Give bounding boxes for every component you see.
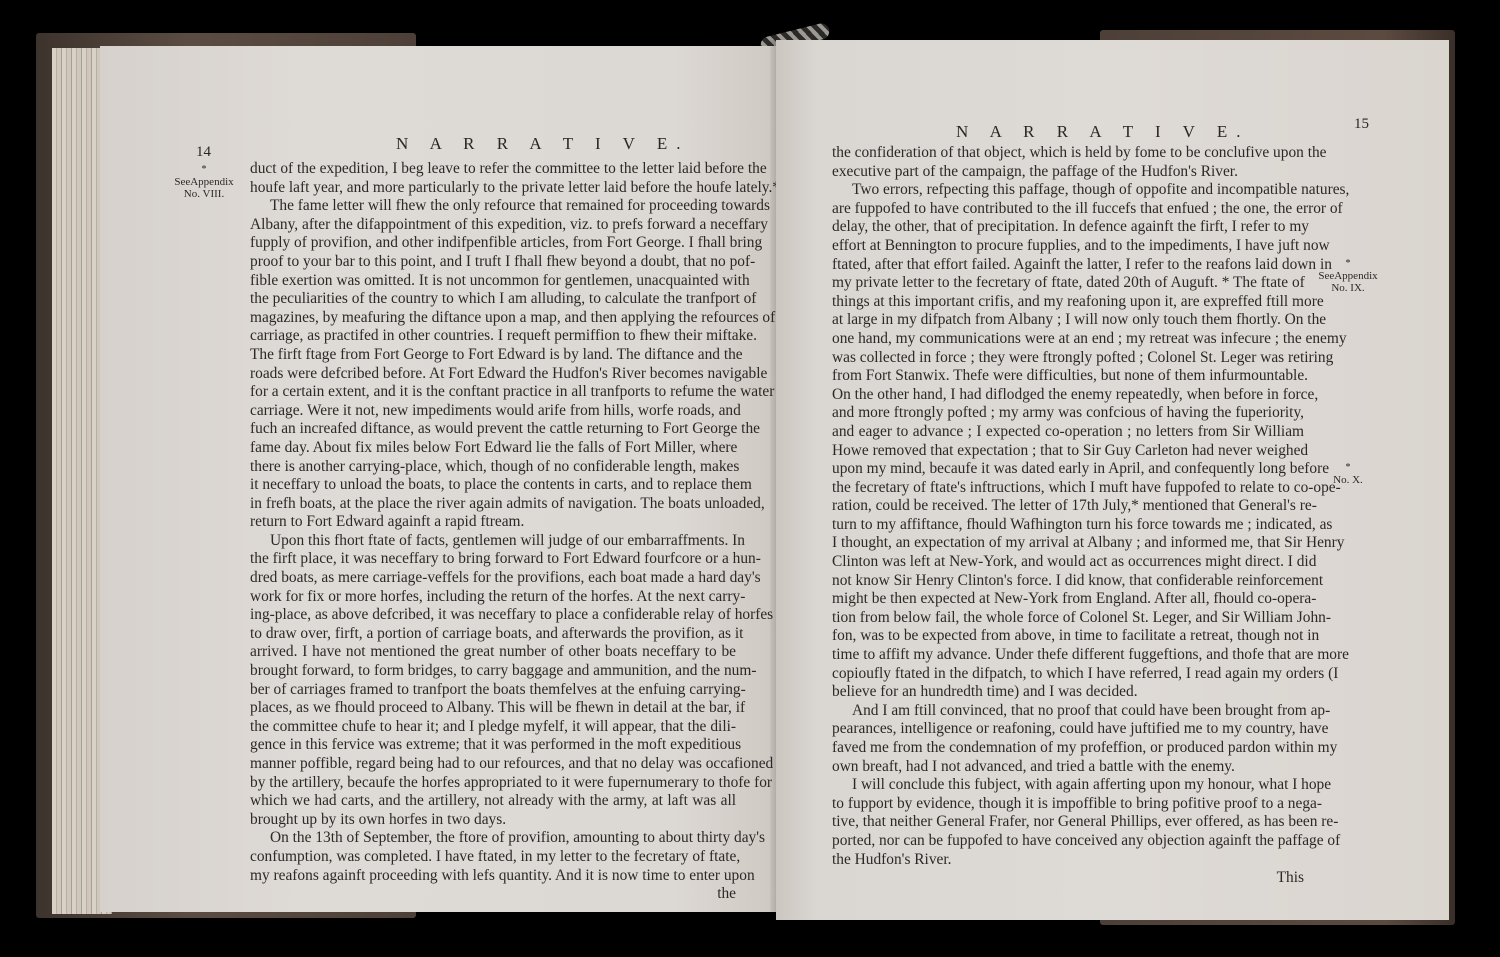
text-line: fible exertion was omitted. It is not un… [250,272,736,291]
text-line: effort at Bennington to procure fupplies… [832,237,1304,256]
text-line: ftated, after that effort failed. Againf… [832,256,1304,275]
text-line: the peculiarities of the country to whic… [250,290,736,309]
text-line: The fame letter will fhew the only refou… [250,197,736,216]
text-line: carriage, as practifed in other countrie… [250,327,736,346]
text-line: Clinton was left at New-York, and would … [832,553,1304,572]
body-text: duct of the expedition, I beg leave to r… [250,160,736,904]
text-line: And I am ftill convinced, that no proof … [832,702,1304,721]
text-line: The firft ftage from Fort George to Fort… [250,346,736,365]
text-line: magazines, by meafuring the diftance upo… [250,309,736,328]
text-line: turn to my affiftance, fhould Wafhington… [832,516,1304,535]
text-line: roads were defcribed before. At Fort Edw… [250,365,736,384]
text-line: tion from below fail, the whole force of… [832,609,1304,628]
text-line: from Fort Stanwix. Thefe were difficulti… [832,367,1304,386]
text-line: I will conclude this fubject, with again… [832,776,1304,795]
text-line: proof to your bar to this point, and I t… [250,253,736,272]
text-line: confumption, was completed. I have ftate… [250,848,736,867]
text-line: executive part of the campaign, the paff… [832,163,1304,182]
text-line: ber of carriages framed to tranfport the… [250,681,736,700]
text-line: the confideration of that object, which … [832,144,1304,163]
text-line: places, as we fhould proceed to Albany. … [250,699,736,718]
text-line: On the 13th of September, the ftore of p… [250,829,736,848]
text-line: to draw over, firft, a portion of carria… [250,625,736,644]
text-line: the committee chufe to hear it; and I pl… [250,718,736,737]
margin-note-line: No. VIII. [162,188,246,200]
margin-note-line: SeeAppendix [162,176,246,188]
text-line: copioufly ftated in the difpatch, to whi… [832,665,1304,684]
page-number: 14 [196,144,211,161]
text-line: dred boats, as mere carriage-veffels for… [250,569,736,588]
text-line: work for fix or more horfes, including t… [250,588,736,607]
text-line: at large in my difpatch from Albany ; I … [832,311,1304,330]
text-line: it neceffary to unload the boats, to pla… [250,476,736,495]
text-line: the fecretary of ftate's inftructions, w… [832,479,1304,498]
running-head: N A R R A T I V E. [956,122,1249,142]
text-line: which we had carts, and the artillery, n… [250,792,736,811]
text-line: return to Fort Edward againft a rapid ft… [250,513,736,532]
text-line: ported, nor can be fuppofed to have conc… [832,832,1304,851]
text-line: my private letter to the fecretary of ft… [832,274,1304,293]
text-line: Upon this fhort ftate of facts, gentleme… [250,532,736,551]
text-line: Howe removed that expectation ; that to … [832,442,1304,461]
text-line: the [250,885,736,904]
text-line: was collected in force ; they were ftron… [832,349,1304,368]
text-line: On the other hand, I had diflodged the e… [832,386,1304,405]
running-head: N A R R A T I V E. [396,134,689,154]
text-line: in frefh boats, at the place the river a… [250,495,736,514]
text-line: my reafons againft proceeding with lefs … [250,867,736,886]
text-line: time to affift my advance. Under thefe d… [832,646,1304,665]
text-line: to fupport by evidence, though it is imp… [832,795,1304,814]
text-line: brought forward, to form bridges, to car… [250,662,736,681]
text-line: I thought, an expectation of my arrival … [832,534,1304,553]
text-line: upon my mind, becaufe it was dated early… [832,460,1304,479]
text-line: fuch an increafed diftance, as would pre… [250,420,736,439]
text-line: and eager to advance ; I expected co-ope… [832,423,1304,442]
text-line: the Hudfon's River. [832,851,1304,870]
text-line: the firft place, it was neceffary to bri… [250,550,736,569]
footnote-mark: * [162,164,246,176]
text-line: ration, could be received. The letter of… [832,497,1304,516]
text-line: fupply of provifion, and other indifpenf… [250,234,736,253]
text-line: might be then expected at New-York from … [832,590,1304,609]
text-line: gence in this fervice was extreme; that … [250,736,736,755]
text-line: brought up by its own horfes in two days… [250,811,736,830]
text-line: faved me from the condemnation of my pro… [832,739,1304,758]
right-page: 15 N A R R A T I V E. * SeeAppendix No. … [776,40,1449,920]
text-line: fame day. About fix miles below Fort Edw… [250,439,736,458]
text-line: there is another carrying-place, which, … [250,458,736,477]
text-line: pearances, intelligence or reafoning, co… [832,720,1304,739]
text-line: tive, that neither General Frafer, nor G… [832,813,1304,832]
text-line: one hand, my communications were at an e… [832,330,1304,349]
text-line: not know Sir Henry Clinton's force. I di… [832,572,1304,591]
left-page: 14 N A R R A T I V E. * SeeAppendix No. … [100,46,776,912]
text-line: Two errors, refpecting this paffage, tho… [832,181,1304,200]
text-line: arrived. I have not mentioned the great … [250,643,736,662]
text-line: are fuppofed to have contributed to the … [832,200,1304,219]
text-line: duct of the expedition, I beg leave to r… [250,160,736,179]
margin-note: * SeeAppendix No. VIII. [162,164,246,200]
text-line: manner poffible, regard being had to our… [250,755,736,774]
text-line: believe for an hundredth time) and I was… [832,683,1304,702]
text-line: and more ftrongly pofted ; my army was c… [832,404,1304,423]
text-line: This [832,869,1304,888]
text-line: own breaft, had I not advanced, and trie… [832,758,1304,777]
text-line: houfe laft year, and more particularly t… [250,179,736,198]
text-line: delay, the other, that of precipitation.… [832,218,1304,237]
page-number: 15 [1354,116,1369,133]
text-line: ing-place, as above defcribed, it was ne… [250,606,736,625]
text-line: by the artillery, becaufe the horfes app… [250,774,736,793]
text-line: fon, was to be expected from above, in t… [832,627,1304,646]
text-line: things at this important crifis, and my … [832,293,1304,312]
body-text: the confideration of that object, which … [832,144,1304,888]
text-line: for a certain extent, and it is the conf… [250,383,736,402]
text-line: Albany, after the difappointment of this… [250,216,736,235]
text-line: carriage. Were it not, new impediments w… [250,402,736,421]
